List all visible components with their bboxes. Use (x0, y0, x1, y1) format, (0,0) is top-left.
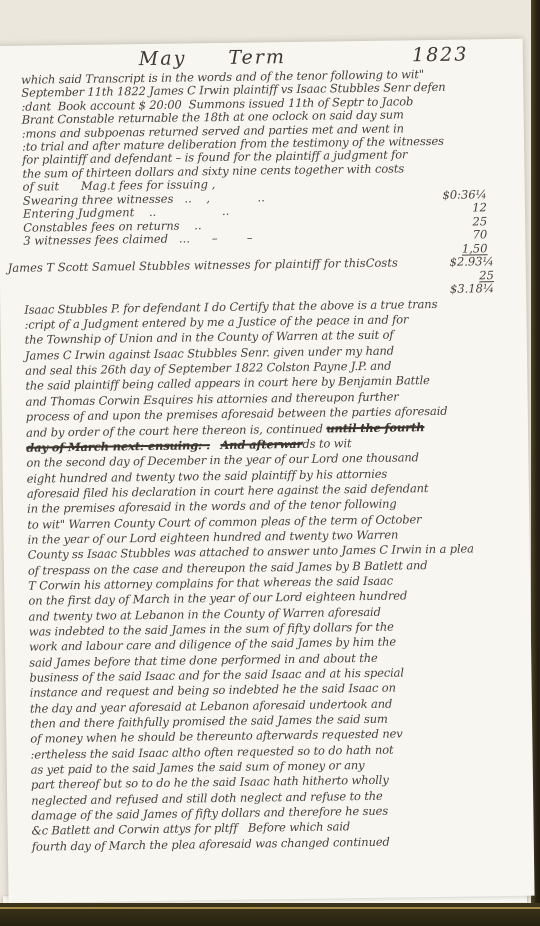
manuscript-page: May Term 1823 which said Transcript is i… (0, 39, 535, 903)
transcript-paragraph: which said Transcript is in the words an… (21, 67, 516, 181)
struck-text: until the fourth (326, 420, 424, 435)
certificate-paragraph: Isaac Stubbles P. for defendant I do Cer… (24, 296, 526, 855)
book-cover-bottom-edge (0, 903, 540, 926)
costs-word: Costs (366, 257, 406, 271)
certificate-lines-a: Isaac Stubbles P. for defendant I do Cer… (24, 296, 520, 426)
manuscript-content: May Term 1823 which said Transcript is i… (0, 39, 535, 903)
struck-text: And afterwar (220, 437, 302, 452)
certificate-lines-b: on the second day of December in the yea… (26, 449, 526, 855)
struck-text: day of March next: ensuing: . (26, 438, 210, 455)
fee-total: $3.18¼ (364, 282, 518, 298)
gilt-line (0, 907, 540, 909)
scanned-court-record: May Term 1823 which said Transcript is i… (0, 0, 540, 926)
line-text: ds to wit (302, 436, 351, 451)
fee-table: of suit Mag.t fees for issuing , Swearin… (23, 174, 519, 302)
